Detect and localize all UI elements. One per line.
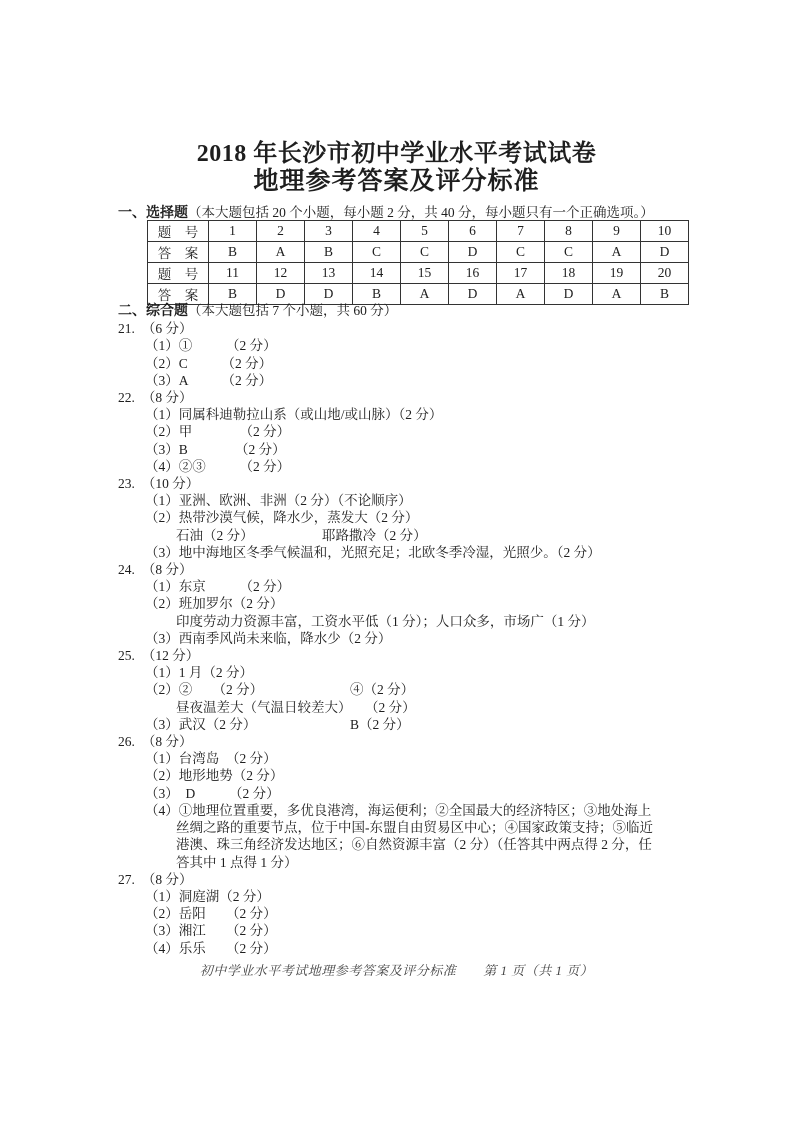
question-block-22: 22.（8 分） （1）同属科迪勒拉山系（或山地/或山脉）（2 分） （2）甲 … bbox=[118, 389, 718, 475]
question-head: 22.（8 分） bbox=[118, 389, 718, 406]
question-number: 27. bbox=[118, 872, 135, 887]
question-number-cell: 5 bbox=[401, 221, 449, 242]
question-block-27: 27.（8 分） （1）洞庭湖（2 分） （2）岳阳 （2 分） （3）湘江 （… bbox=[118, 871, 718, 957]
answer-cell: D bbox=[641, 242, 689, 263]
question-number-cell: 3 bbox=[305, 221, 353, 242]
answer-line: （3）地中海地区冬季气候温和，光照充足；北欧冬季冷湿，光照少。（2 分） bbox=[118, 544, 718, 561]
answer-line: （4）乐乐 （2 分） bbox=[118, 940, 718, 957]
answer-line: （2）岳阳 （2 分） bbox=[118, 905, 718, 922]
section-1-heading: 一、选择题（本大题包括 20 个小题，每小题 2 分，共 40 分，每小题只有一… bbox=[118, 201, 718, 222]
question-score: （8 分） bbox=[142, 734, 193, 749]
answer-line: 答其中 1 点得 1 分） bbox=[118, 854, 718, 871]
answer-line: （2）② （2 分）④（2 分） bbox=[118, 681, 718, 698]
answer-line: （3）武汉（2 分）B（2 分） bbox=[118, 716, 718, 733]
answer-cell: C bbox=[497, 242, 545, 263]
answer-text: （3）武汉（2 分） bbox=[145, 717, 256, 732]
question-block-23: 23.（10 分） （1）亚洲、欧洲、非洲（2 分）（不论顺序） （2）热带沙漠… bbox=[118, 475, 718, 561]
answer-text: 耶路撒冷（2 分） bbox=[322, 527, 427, 544]
question-number: 21. bbox=[118, 321, 135, 336]
question-number-cell: 7 bbox=[497, 221, 545, 242]
answer-line: （2）热带沙漠气候，降水少，蒸发大（2 分） bbox=[118, 509, 718, 526]
table-row: 题 号 11 12 13 14 15 16 17 18 19 20 bbox=[148, 263, 689, 284]
question-score: （10 分） bbox=[142, 476, 199, 491]
question-number-cell: 8 bbox=[545, 221, 593, 242]
question-number: 24. bbox=[118, 562, 135, 577]
answer-line: （3） D （2 分） bbox=[118, 785, 718, 802]
answer-table: 题 号 1 2 3 4 5 6 7 8 9 10 答 案 B A B C C D… bbox=[147, 220, 689, 305]
answer-line: （1）亚洲、欧洲、非洲（2 分）（不论顺序） bbox=[118, 492, 718, 509]
answer-text: 石油（2 分） bbox=[176, 528, 254, 543]
section-2: 二、综合题（本大题包括 7 个小题，共 60 分） 21.（6 分） （1）① … bbox=[118, 302, 718, 957]
answer-line: （3）湘江 （2 分） bbox=[118, 922, 718, 939]
answer-cell: C bbox=[545, 242, 593, 263]
answer-text: （2）② （2 分） bbox=[145, 682, 263, 697]
answer-line: （1）① （2 分） bbox=[118, 337, 718, 354]
answer-line: 丝绸之路的重要节点，位于中国-东盟自由贸易区中心；④国家政策支持；⑤临近 bbox=[118, 819, 718, 836]
answer-cell: B bbox=[209, 242, 257, 263]
answer-cell: C bbox=[353, 242, 401, 263]
question-number-cell: 19 bbox=[593, 263, 641, 284]
answer-line: （2）甲 （2 分） bbox=[118, 423, 718, 440]
question-number-cell: 2 bbox=[257, 221, 305, 242]
question-number-cell: 16 bbox=[449, 263, 497, 284]
answer-line: 昼夜温差大（气温日较差大） （2 分） bbox=[118, 699, 718, 716]
answer-line: （4）②③ （2 分） bbox=[118, 458, 718, 475]
question-head: 23.（10 分） bbox=[118, 475, 718, 492]
row-label-cell: 题 号 bbox=[148, 263, 209, 284]
answer-cell: A bbox=[593, 242, 641, 263]
answer-cell: C bbox=[401, 242, 449, 263]
answer-line: （3）西南季风尚未来临，降水少（2 分） bbox=[118, 630, 718, 647]
answer-line: （1）1 月（2 分） bbox=[118, 664, 718, 681]
question-number-cell: 15 bbox=[401, 263, 449, 284]
answer-cell: B bbox=[305, 242, 353, 263]
section-2-label: 二、综合题 bbox=[118, 304, 188, 319]
question-score: （12 分） bbox=[142, 648, 199, 663]
question-number: 25. bbox=[118, 648, 135, 663]
question-number-cell: 9 bbox=[593, 221, 641, 242]
section-1-label: 一、选择题 bbox=[118, 206, 188, 221]
answer-line: （4）①地理位置重要，多优良港湾，海运便利；②全国最大的经济特区；③地处海上 bbox=[118, 802, 718, 819]
page-subtitle: 地理参考答案及评分标准 bbox=[0, 161, 793, 197]
question-number-cell: 10 bbox=[641, 221, 689, 242]
answer-line: 印度劳动力资源丰富，工资水平低（1 分）；人口众多，市场广（1 分） bbox=[118, 613, 718, 630]
question-number-cell: 18 bbox=[545, 263, 593, 284]
page-footer: 初中学业水平考试地理参考答案及评分标准 第 1 页（共 1 页） bbox=[0, 960, 793, 979]
section-2-note: （本大题包括 7 个小题，共 60 分） bbox=[188, 303, 397, 318]
question-number-cell: 1 bbox=[209, 221, 257, 242]
question-score: （6 分） bbox=[142, 321, 193, 336]
answer-line: （1）洞庭湖（2 分） bbox=[118, 888, 718, 905]
question-number: 26. bbox=[118, 734, 135, 749]
answer-cell: A bbox=[257, 242, 305, 263]
question-number-cell: 17 bbox=[497, 263, 545, 284]
answer-line: （1）东京 （2 分） bbox=[118, 578, 718, 595]
table-row: 答 案 B A B C C D C C A D bbox=[148, 242, 689, 263]
section-2-heading: 二、综合题（本大题包括 7 个小题，共 60 分） bbox=[118, 302, 718, 320]
answer-line: （3）A （2 分） bbox=[118, 372, 718, 389]
question-score: （8 分） bbox=[142, 872, 193, 887]
question-block-25: 25.（12 分） （1）1 月（2 分） （2）② （2 分）④（2 分） 昼… bbox=[118, 647, 718, 733]
answer-line: （2）班加罗尔（2 分） bbox=[118, 595, 718, 612]
question-score: （8 分） bbox=[142, 562, 193, 577]
table-row: 题 号 1 2 3 4 5 6 7 8 9 10 bbox=[148, 221, 689, 242]
answer-cell: D bbox=[449, 242, 497, 263]
answer-line: （1）台湾岛 （2 分） bbox=[118, 750, 718, 767]
row-label-cell: 题 号 bbox=[148, 221, 209, 242]
answer-line: 石油（2 分）耶路撒冷（2 分） bbox=[118, 527, 718, 544]
question-block-26: 26.（8 分） （1）台湾岛 （2 分） （2）地形地势（2 分） （3） D… bbox=[118, 733, 718, 871]
answer-text: B（2 分） bbox=[350, 716, 410, 733]
answer-line: （3）B （2 分） bbox=[118, 441, 718, 458]
answer-line: （2）地形地势（2 分） bbox=[118, 767, 718, 784]
question-number-cell: 20 bbox=[641, 263, 689, 284]
answer-line: 港澳、珠三角经济发达地区；⑥自然资源丰富（2 分）（任答其中两点得 2 分，任 bbox=[118, 836, 718, 853]
question-number: 23. bbox=[118, 476, 135, 491]
question-score: （8 分） bbox=[142, 390, 193, 405]
question-number: 22. bbox=[118, 390, 135, 405]
question-head: 25.（12 分） bbox=[118, 647, 718, 664]
answer-line: （2）C （2 分） bbox=[118, 355, 718, 372]
section-1-note: （本大题包括 20 个小题，每小题 2 分，共 40 分，每小题只有一个正确选项… bbox=[188, 205, 654, 220]
question-number-cell: 12 bbox=[257, 263, 305, 284]
question-number-cell: 11 bbox=[209, 263, 257, 284]
answer-line: （1）同属科迪勒拉山系（或山地/或山脉）（2 分） bbox=[118, 406, 718, 423]
question-number-cell: 6 bbox=[449, 221, 497, 242]
question-head: 21.（6 分） bbox=[118, 320, 718, 337]
question-head: 24.（8 分） bbox=[118, 561, 718, 578]
question-head: 27.（8 分） bbox=[118, 871, 718, 888]
question-number-cell: 14 bbox=[353, 263, 401, 284]
question-head: 26.（8 分） bbox=[118, 733, 718, 750]
question-block-24: 24.（8 分） （1）东京 （2 分） （2）班加罗尔（2 分） 印度劳动力资… bbox=[118, 561, 718, 647]
question-block-21: 21.（6 分） （1）① （2 分） （2）C （2 分） （3）A （2 分… bbox=[118, 320, 718, 389]
question-number-cell: 4 bbox=[353, 221, 401, 242]
question-number-cell: 13 bbox=[305, 263, 353, 284]
answer-text: ④（2 分） bbox=[350, 681, 414, 698]
row-label-cell: 答 案 bbox=[148, 242, 209, 263]
